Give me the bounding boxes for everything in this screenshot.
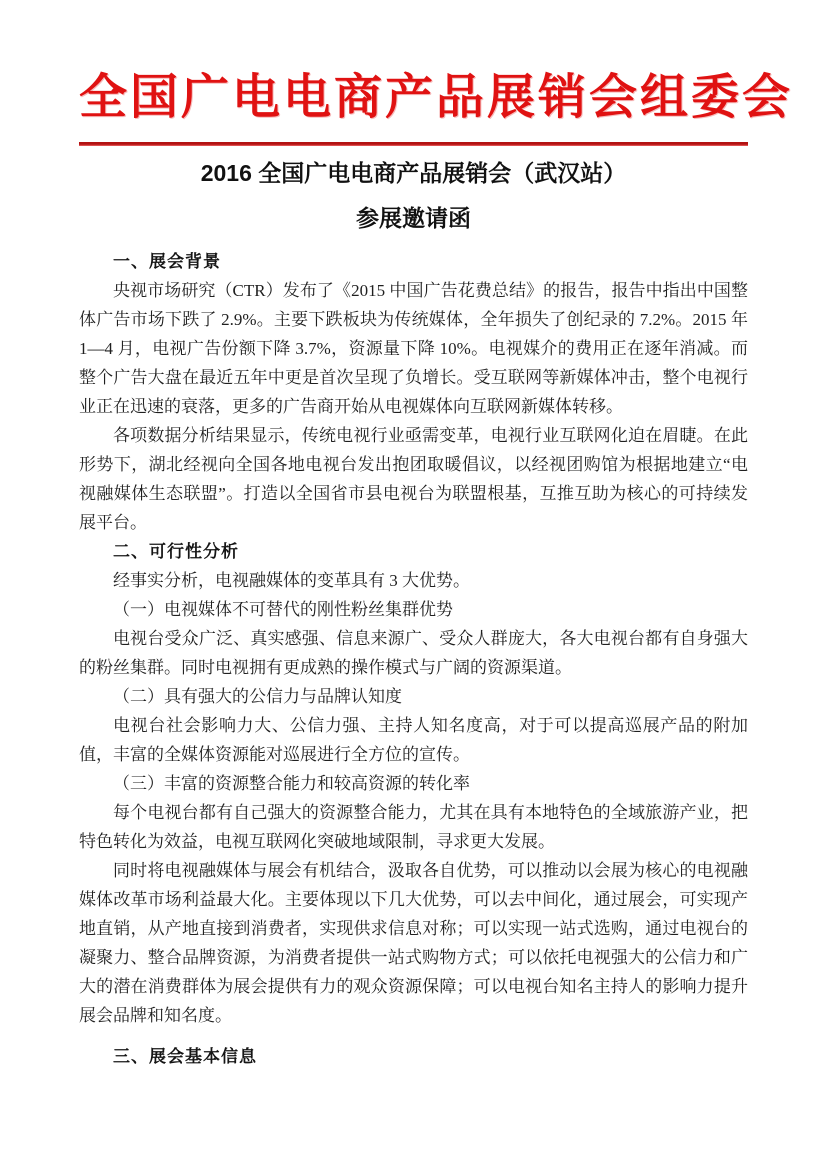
paragraph: 每个电视台都有自己强大的资源整合能力，尤其在具有本地特色的全域旅游产业，把特色转… [79, 798, 748, 856]
paragraph: 各项数据分析结果显示，传统电视行业亟需变革，电视行业互联网化迫在眉睫。在此形势下… [79, 421, 748, 537]
document-body: 一、展会背景 央视市场研究（CTR）发布了《2015 中国广告花费总结》的报告，… [79, 247, 748, 1071]
document-subtitle: 参展邀请函 [79, 204, 748, 232]
document-title: 2016 全国广电电商产品展销会（武汉站） [79, 159, 748, 187]
organization-title: 全国广电电商产品展销会组委会 [79, 68, 748, 126]
header-rule [79, 142, 748, 146]
paragraph: 电视台受众广泛、真实感强、信息来源广、受众人群庞大，各大电视台都有自身强大的粉丝… [79, 624, 748, 682]
paragraph: 央视市场研究（CTR）发布了《2015 中国广告花费总结》的报告，报告中指出中国… [79, 276, 748, 421]
subsection-heading-3: （三）丰富的资源整合能力和较高资源的转化率 [79, 769, 748, 798]
section-heading-basic-info: 三、展会基本信息 [79, 1042, 748, 1071]
paragraph: 电视台社会影响力大、公信力强、主持人知名度高，对于可以提高巡展产品的附加值，丰富… [79, 711, 748, 769]
document-page: 全国广电电商产品展销会组委会 2016 全国广电电商产品展销会（武汉站） 参展邀… [0, 0, 827, 1169]
paragraph: 同时将电视融媒体与展会有机结合，汲取各自优势，可以推动以会展为核心的电视融媒体改… [79, 856, 748, 1030]
section-heading-background: 一、展会背景 [79, 247, 748, 276]
section-heading-feasibility: 二、可行性分析 [79, 537, 748, 566]
subsection-heading-1: （一）电视媒体不可替代的刚性粉丝集群优势 [79, 595, 748, 624]
paragraph: 经事实分析，电视融媒体的变革具有 3 大优势。 [79, 566, 748, 595]
subsection-heading-2: （二）具有强大的公信力与品牌认知度 [79, 682, 748, 711]
